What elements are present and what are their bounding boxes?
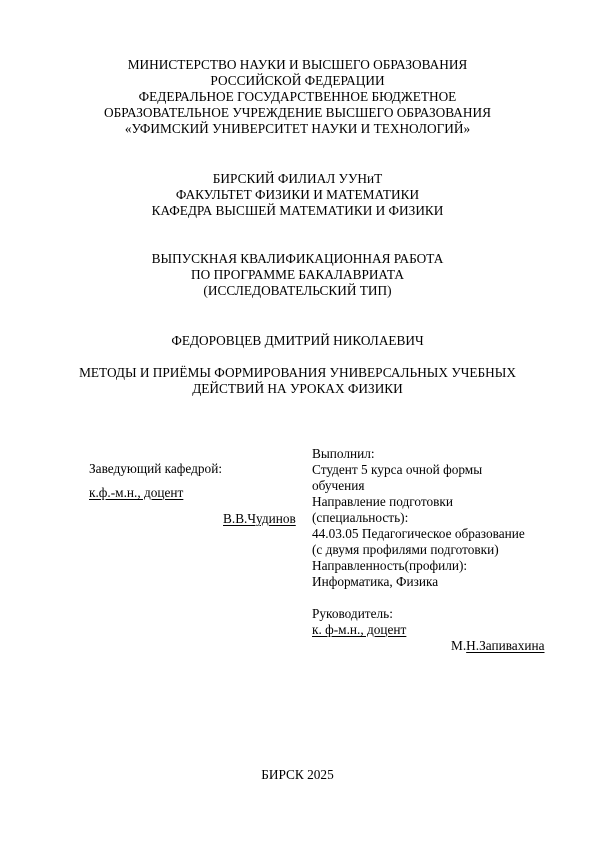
- completed-by-line: Информатика, Физика: [312, 574, 562, 590]
- head-of-department-block: Заведующий кафедрой: к.ф.-м.н., доцент: [89, 461, 329, 501]
- thesis-title: МЕТОДЫ И ПРИЁМЫ ФОРМИРОВАНИЯ УНИВЕРСАЛЬН…: [0, 365, 595, 397]
- work-type-line: ВЫПУСКНАЯ КВАЛИФИКАЦИОННАЯ РАБОТА: [0, 251, 595, 267]
- author-name: ФЕДОРОВЦЕВ ДМИТРИЙ НИКОЛАЕВИЧ: [0, 333, 595, 349]
- completed-by-line: (с двумя профилями подготовки): [312, 542, 562, 558]
- title-line: ДЕЙСТВИЙ НА УРОКАХ ФИЗИКИ: [0, 381, 595, 397]
- spacer: [312, 590, 562, 606]
- work-type: ВЫПУСКНАЯ КВАЛИФИКАЦИОННАЯ РАБОТА ПО ПРО…: [0, 251, 595, 299]
- head-of-department-label: Заведующий кафедрой:: [89, 461, 329, 477]
- branch-line: БИРСКИЙ ФИЛИАЛ УУНиТ: [0, 171, 595, 187]
- completed-by-label: Выполнил:: [312, 446, 562, 462]
- completed-by-line: Студент 5 курса очной формы: [312, 462, 562, 478]
- header-line: РОССИЙСКОЙ ФЕДЕРАЦИИ: [0, 73, 595, 89]
- completed-by-line: Направленность(профили):: [312, 558, 562, 574]
- header-line: МИНИСТЕРСТВО НАУКИ И ВЫСШЕГО ОБРАЗОВАНИЯ: [0, 57, 595, 73]
- head-of-department-degree: к.ф.-м.н., доцент: [89, 485, 329, 501]
- supervisor-degree: к. ф-м.н., доцент: [312, 622, 406, 637]
- header-line: «УФИМСКИЙ УНИВЕРСИТЕТ НАУКИ И ТЕХНОЛОГИЙ…: [0, 121, 595, 137]
- completed-by-line: 44.03.05 Педагогическое образование: [312, 526, 562, 542]
- city-year-text: БИРСК 2025: [0, 767, 595, 783]
- author-text: ФЕДОРОВЦЕВ ДМИТРИЙ НИКОЛАЕВИЧ: [0, 333, 595, 349]
- ministry-header: МИНИСТЕРСТВО НАУКИ И ВЫСШЕГО ОБРАЗОВАНИЯ…: [0, 57, 595, 137]
- city-year: БИРСК 2025: [0, 767, 595, 783]
- supervisor-label: Руководитель:: [312, 606, 562, 622]
- work-type-line: (ИССЛЕДОВАТЕЛЬСКИЙ ТИП): [0, 283, 595, 299]
- header-line: ФЕДЕРАЛЬНОЕ ГОСУДАРСТВЕННОЕ БЮДЖЕТНОЕ: [0, 89, 595, 105]
- completed-by-block: Выполнил: Студент 5 курса очной формы об…: [312, 446, 562, 638]
- title-line: МЕТОДЫ И ПРИЁМЫ ФОРМИРОВАНИЯ УНИВЕРСАЛЬН…: [0, 365, 595, 381]
- completed-by-line: обучения: [312, 478, 562, 494]
- completed-by-line: Направление подготовки: [312, 494, 562, 510]
- work-type-line: ПО ПРОГРАММЕ БАКАЛАВРИАТА: [0, 267, 595, 283]
- supervisor-surname: Н.Запивахина: [466, 638, 544, 653]
- header-line: ОБРАЗОВАТЕЛЬНОЕ УЧРЕЖДЕНИЕ ВЫСШЕГО ОБРАЗ…: [0, 105, 595, 121]
- head-of-department-name: В.В.Чудинов: [223, 511, 296, 527]
- supervisor-initial: М.: [451, 638, 466, 653]
- completed-by-line: (специальность):: [312, 510, 562, 526]
- department-line: КАФЕДРА ВЫСШЕЙ МАТЕМАТИКИ И ФИЗИКИ: [0, 203, 595, 219]
- faculty-line: ФАКУЛЬТЕТ ФИЗИКИ И МАТЕМАТИКИ: [0, 187, 595, 203]
- supervisor-name: М.Н.Запивахина: [451, 638, 545, 654]
- branch-department: БИРСКИЙ ФИЛИАЛ УУНиТ ФАКУЛЬТЕТ ФИЗИКИ И …: [0, 171, 595, 219]
